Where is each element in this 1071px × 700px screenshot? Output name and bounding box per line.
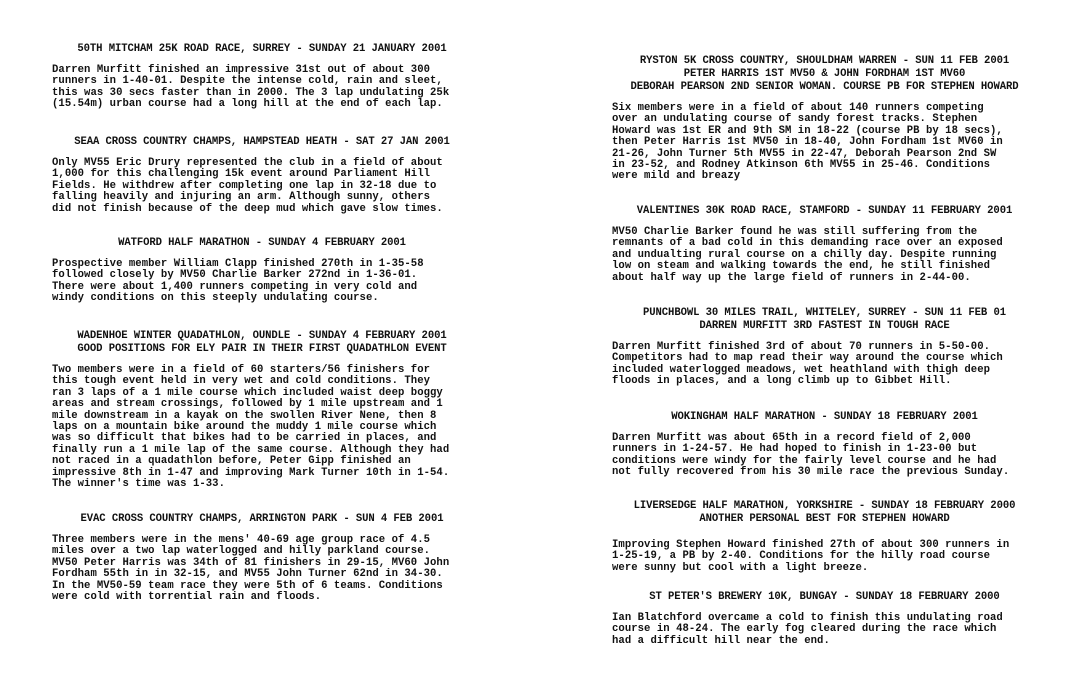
body-line: low on steam and walking towards the end…: [612, 261, 1037, 272]
body-line: did not finish because of the deep mud w…: [52, 204, 472, 215]
article-valentines: VALENTINES 30K ROAD RACE, STAMFORD - SUN…: [612, 205, 1037, 284]
heading-line: PUNCHBOWL 30 MILES TRAIL, WHITELEY, SURR…: [612, 307, 1037, 320]
article-liversedge: LIVERSEDGE HALF MARATHON, YORKSHIRE - SU…: [612, 500, 1037, 574]
heading-line: VALENTINES 30K ROAD RACE, STAMFORD - SUN…: [612, 205, 1037, 218]
article-body: Darren Murfitt finished 3rd of about 70 …: [612, 342, 1037, 388]
article-watford: WATFORD HALF MARATHON - SUNDAY 4 FEBRUAR…: [52, 237, 472, 305]
article-body: Six members were in a field of about 140…: [612, 103, 1037, 183]
article-heading: LIVERSEDGE HALF MARATHON, YORKSHIRE - SU…: [612, 500, 1037, 526]
heading-line: WADENHOE WINTER QUADATHLON, OUNDLE - SUN…: [52, 330, 472, 343]
body-line: not fully recovered from his 30 mile rac…: [612, 467, 1037, 478]
article-seaa: SEAA CROSS COUNTRY CHAMPS, HAMPSTEAD HEA…: [52, 136, 472, 215]
article-body: Darren Murfitt finished an impressive 31…: [52, 65, 472, 111]
article-heading: 50TH MITCHAM 25K ROAD RACE, SURREY - SUN…: [52, 43, 472, 56]
article-body: Two members were in a field of 60 starte…: [52, 365, 472, 490]
heading-line: 50TH MITCHAM 25K ROAD RACE, SURREY - SUN…: [52, 43, 472, 56]
heading-line: WOKINGHAM HALF MARATHON - SUNDAY 18 FEBR…: [612, 411, 1037, 424]
heading-line: SEAA CROSS COUNTRY CHAMPS, HAMPSTEAD HEA…: [52, 136, 472, 149]
heading-line: PETER HARRIS 1ST MV50 & JOHN FORDHAM 1ST…: [612, 68, 1037, 81]
body-line: falling heavily and injuring an arm. Alt…: [52, 192, 472, 203]
article-heading: VALENTINES 30K ROAD RACE, STAMFORD - SUN…: [612, 205, 1037, 218]
article-heading: WOKINGHAM HALF MARATHON - SUNDAY 18 FEBR…: [612, 411, 1037, 424]
body-line: about half way up the large field of run…: [612, 273, 1037, 284]
heading-line: DEBORAH PEARSON 2ND SENIOR WOMAN. COURSE…: [612, 81, 1037, 94]
article-body: Prospective member William Clapp finishe…: [52, 259, 472, 305]
article-evac: EVAC CROSS COUNTRY CHAMPS, ARRINGTON PAR…: [52, 513, 472, 603]
heading-line: EVAC CROSS COUNTRY CHAMPS, ARRINGTON PAR…: [52, 513, 472, 526]
article-mitcham: 50TH MITCHAM 25K ROAD RACE, SURREY - SUN…: [52, 43, 472, 111]
article-wadenhoe: WADENHOE WINTER QUADATHLON, OUNDLE - SUN…: [52, 330, 472, 490]
article-heading: EVAC CROSS COUNTRY CHAMPS, ARRINGTON PAR…: [52, 513, 472, 526]
heading-line: DARREN MURFITT 3RD FASTEST IN TOUGH RACE: [612, 320, 1037, 333]
heading-line: GOOD POSITIONS FOR ELY PAIR IN THEIR FIR…: [52, 343, 472, 356]
article-body: Ian Blatchford overcame a cold to finish…: [612, 613, 1037, 647]
heading-line: LIVERSEDGE HALF MARATHON, YORKSHIRE - SU…: [612, 500, 1037, 513]
body-line: then Peter Harris 1st MV50 in 18-40, Joh…: [612, 137, 1037, 148]
article-body: Improving Stephen Howard finished 27th o…: [612, 540, 1037, 574]
article-heading: SEAA CROSS COUNTRY CHAMPS, HAMPSTEAD HEA…: [52, 136, 472, 149]
body-line: Fordham 55th in in 32-15, and MV55 John …: [52, 569, 472, 580]
body-line: not raced in a quadathlon before, Peter …: [52, 456, 472, 467]
article-heading: WADENHOE WINTER QUADATHLON, OUNDLE - SUN…: [52, 330, 472, 356]
article-ryston: RYSTON 5K CROSS COUNTRY, SHOULDHAM WARRE…: [612, 55, 1037, 183]
article-body: MV50 Charlie Barker found he was still s…: [612, 227, 1037, 284]
article-heading: ST PETER'S BREWERY 10K, BUNGAY - SUNDAY …: [612, 591, 1037, 604]
article-body: Only MV55 Eric Drury represented the clu…: [52, 158, 472, 215]
article-punchbowl: PUNCHBOWL 30 MILES TRAIL, WHITELEY, SURR…: [612, 307, 1037, 388]
body-line: (15.54m) urban course had a long hill at…: [52, 99, 472, 110]
body-line: were mild and breazy: [612, 171, 1037, 182]
body-line: were cold with torrential rain and flood…: [52, 592, 472, 603]
heading-line: ANOTHER PERSONAL BEST FOR STEPHEN HOWARD: [612, 513, 1037, 526]
article-body: Darren Murfitt was about 65th in a recor…: [612, 433, 1037, 479]
article-heading: PUNCHBOWL 30 MILES TRAIL, WHITELEY, SURR…: [612, 307, 1037, 333]
body-line: areas and stream crossings, followed by …: [52, 399, 472, 410]
body-line: floods in places, and a long climb up to…: [612, 376, 1037, 387]
body-line: windy conditions on this steeply undulat…: [52, 293, 472, 304]
article-body: Three members were in the mens' 40-69 ag…: [52, 535, 472, 603]
article-heading: RYSTON 5K CROSS COUNTRY, SHOULDHAM WARRE…: [612, 55, 1037, 94]
article-st-peters: ST PETER'S BREWERY 10K, BUNGAY - SUNDAY …: [612, 591, 1037, 647]
article-wokingham: WOKINGHAM HALF MARATHON - SUNDAY 18 FEBR…: [612, 411, 1037, 479]
body-line: were sunny but cool with a light breeze.: [612, 563, 1037, 574]
heading-line: ST PETER'S BREWERY 10K, BUNGAY - SUNDAY …: [612, 591, 1037, 604]
heading-line: RYSTON 5K CROSS COUNTRY, SHOULDHAM WARRE…: [612, 55, 1037, 68]
heading-line: WATFORD HALF MARATHON - SUNDAY 4 FEBRUAR…: [52, 237, 472, 250]
article-heading: WATFORD HALF MARATHON - SUNDAY 4 FEBRUAR…: [52, 237, 472, 250]
body-line: had a difficult hill near the end.: [612, 636, 1037, 647]
body-line: The winner's time was 1-33.: [52, 479, 472, 490]
